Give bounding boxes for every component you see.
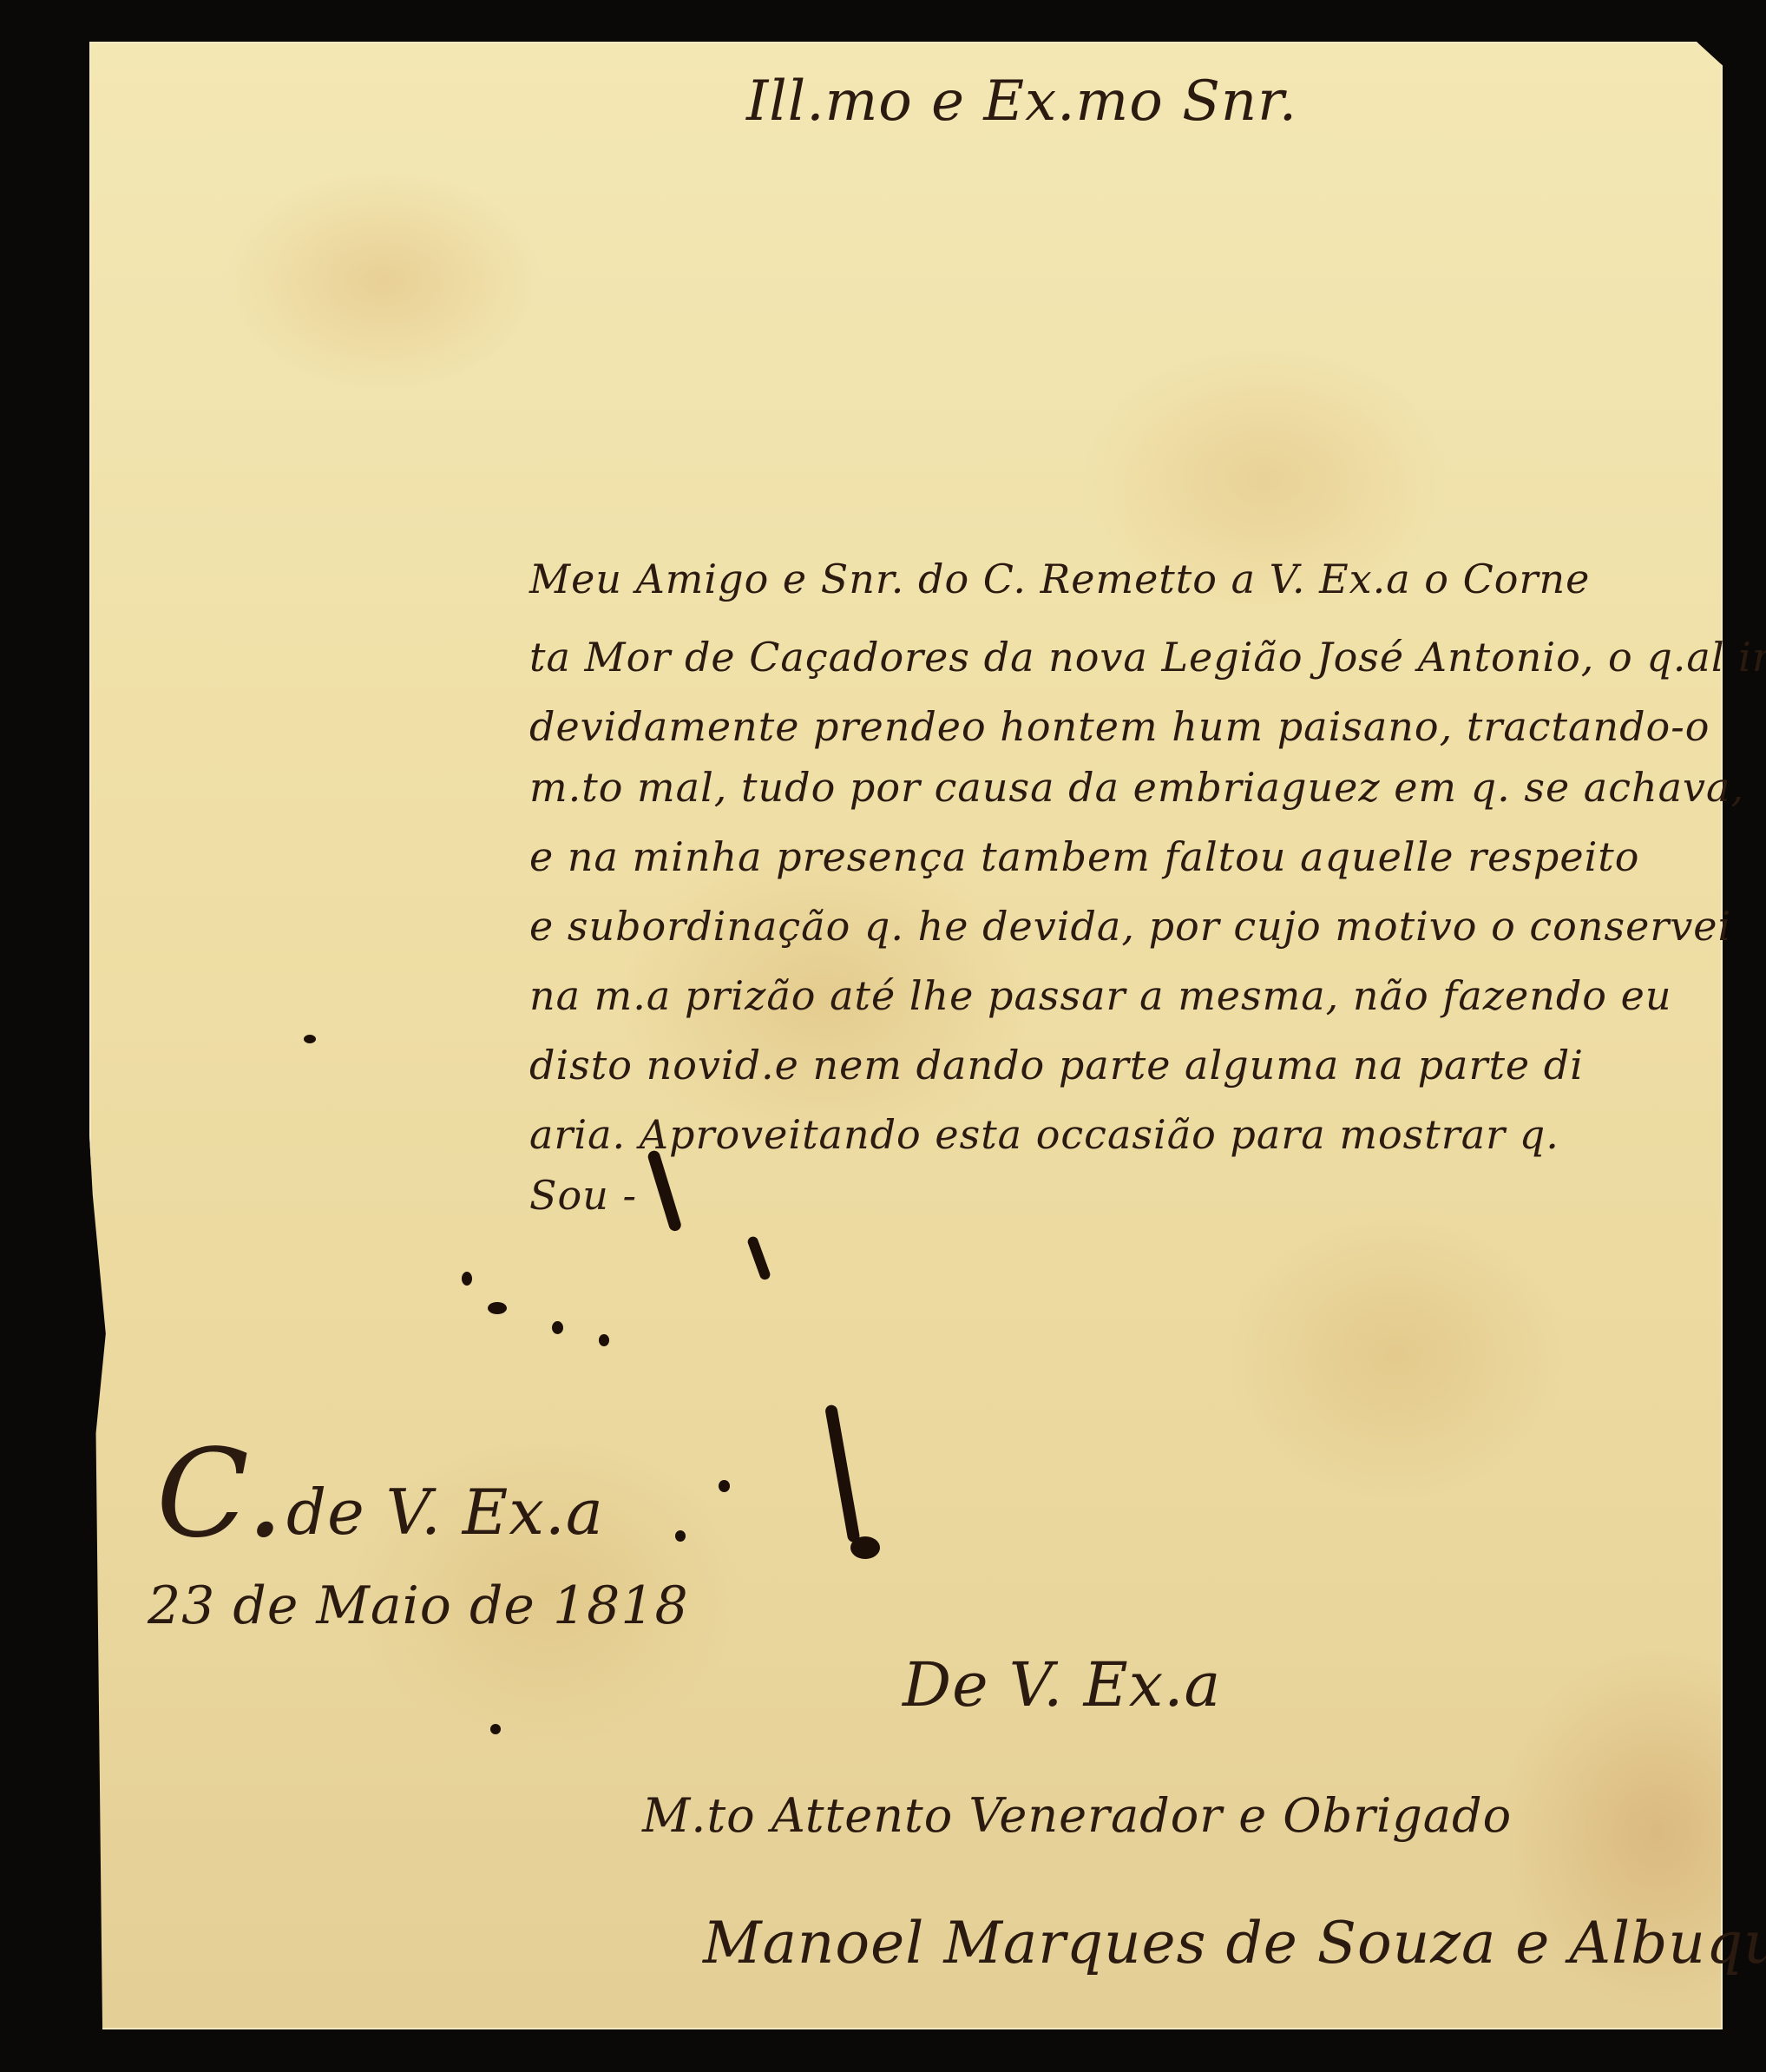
body-line-3: devidamente prendeo hontem hum paisano, … bbox=[529, 703, 1710, 750]
body-line-2: ta Mor de Caçadores da nova Legião José … bbox=[529, 634, 1766, 681]
ink-blot bbox=[850, 1536, 880, 1559]
ink-blot bbox=[304, 1035, 316, 1043]
body-line-9: aria. Aproveitando esta occasião para mo… bbox=[529, 1111, 1559, 1158]
body-line-4: m.to mal, tudo por causa da embriaguez e… bbox=[529, 764, 1744, 811]
body-line-8: disto novid.e nem dando parte alguma na … bbox=[529, 1042, 1584, 1089]
letter-paper bbox=[89, 42, 1723, 2029]
ink-blot bbox=[599, 1334, 609, 1346]
ink-blot bbox=[462, 1272, 472, 1286]
letter-date: 23 de Maio de 1818 bbox=[148, 1575, 689, 1636]
salutation: Ill.mo e Ex.mo Snr. bbox=[746, 69, 1297, 134]
ink-blot bbox=[490, 1724, 501, 1734]
closing-place: de V. Ex.a bbox=[286, 1476, 604, 1549]
body-line-7: na m.a prizão até lhe passar a mesma, nã… bbox=[529, 972, 1671, 1019]
signature-name: Manoel Marques de Souza e Albuquerque bbox=[703, 1910, 1766, 1977]
body-line-1: Meu Amigo e Snr. do C. Remetto a V. Ex.a… bbox=[529, 556, 1590, 602]
ink-blot bbox=[675, 1530, 686, 1542]
closing-place-initial: C. bbox=[156, 1424, 286, 1565]
ink-blot bbox=[488, 1302, 507, 1314]
ink-blot bbox=[552, 1321, 563, 1334]
body-line-10: Sou - bbox=[529, 1172, 637, 1219]
signature-line-1: M.to Attento Venerador e Obrigado bbox=[642, 1788, 1512, 1843]
ink-blot bbox=[719, 1480, 730, 1492]
body-line-6: e subordinação q. he devida, por cujo mo… bbox=[529, 903, 1731, 950]
body-line-5: e na minha presença tambem faltou aquell… bbox=[529, 833, 1639, 880]
courtesy-line: De V. Ex.a bbox=[903, 1649, 1221, 1720]
